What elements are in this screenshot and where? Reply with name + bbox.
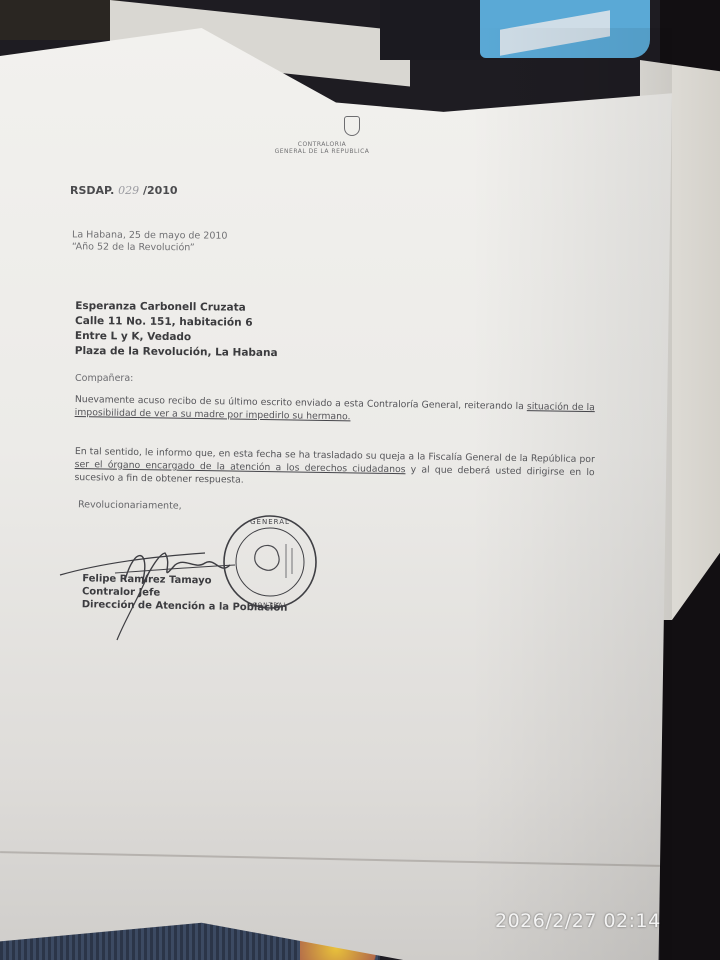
addressee-block: Esperanza Carbonell Cruzata Calle 11 No.…: [75, 299, 278, 361]
addressee-municipality: Plaza de la Revolución, La Habana: [75, 344, 278, 361]
reference-handwritten-number: 029: [118, 184, 139, 197]
year-motto: “Año 52 de la Revolución”: [72, 241, 228, 254]
letterhead: CONTRALORIA GENERAL DE LA REPUBLICA: [262, 116, 382, 155]
dateline: La Habana, 25 de mayo de 2010 “Año 52 de…: [72, 229, 228, 254]
salutation: Compañera:: [75, 373, 133, 384]
signer-block: Felipe Ramírez Tamayo Contralor Jefe Dir…: [82, 572, 288, 615]
coat-of-arms-icon: [344, 116, 360, 136]
reference-number: RSDAP. 029 /2010: [70, 184, 178, 197]
closing: Revolucionariamente,: [78, 499, 182, 511]
reference-suffix: /2010: [143, 184, 178, 197]
letterhead-line2: GENERAL DE LA REPUBLICA: [262, 148, 382, 155]
body-paragraph-2: En tal sentido, le informo que, en esta …: [74, 445, 595, 492]
body-paragraph-1: Nuevamente acuso recibo de su último esc…: [75, 393, 595, 427]
svg-text:GENERAL: GENERAL: [250, 518, 290, 526]
photo-timestamp: 2026/2/27 02:14: [495, 910, 661, 932]
letter-document: CONTRALORIA GENERAL DE LA REPUBLICA RSDA…: [0, 0, 660, 960]
letterhead-line1: CONTRALORIA: [262, 141, 382, 148]
reference-prefix: RSDAP.: [70, 184, 114, 197]
